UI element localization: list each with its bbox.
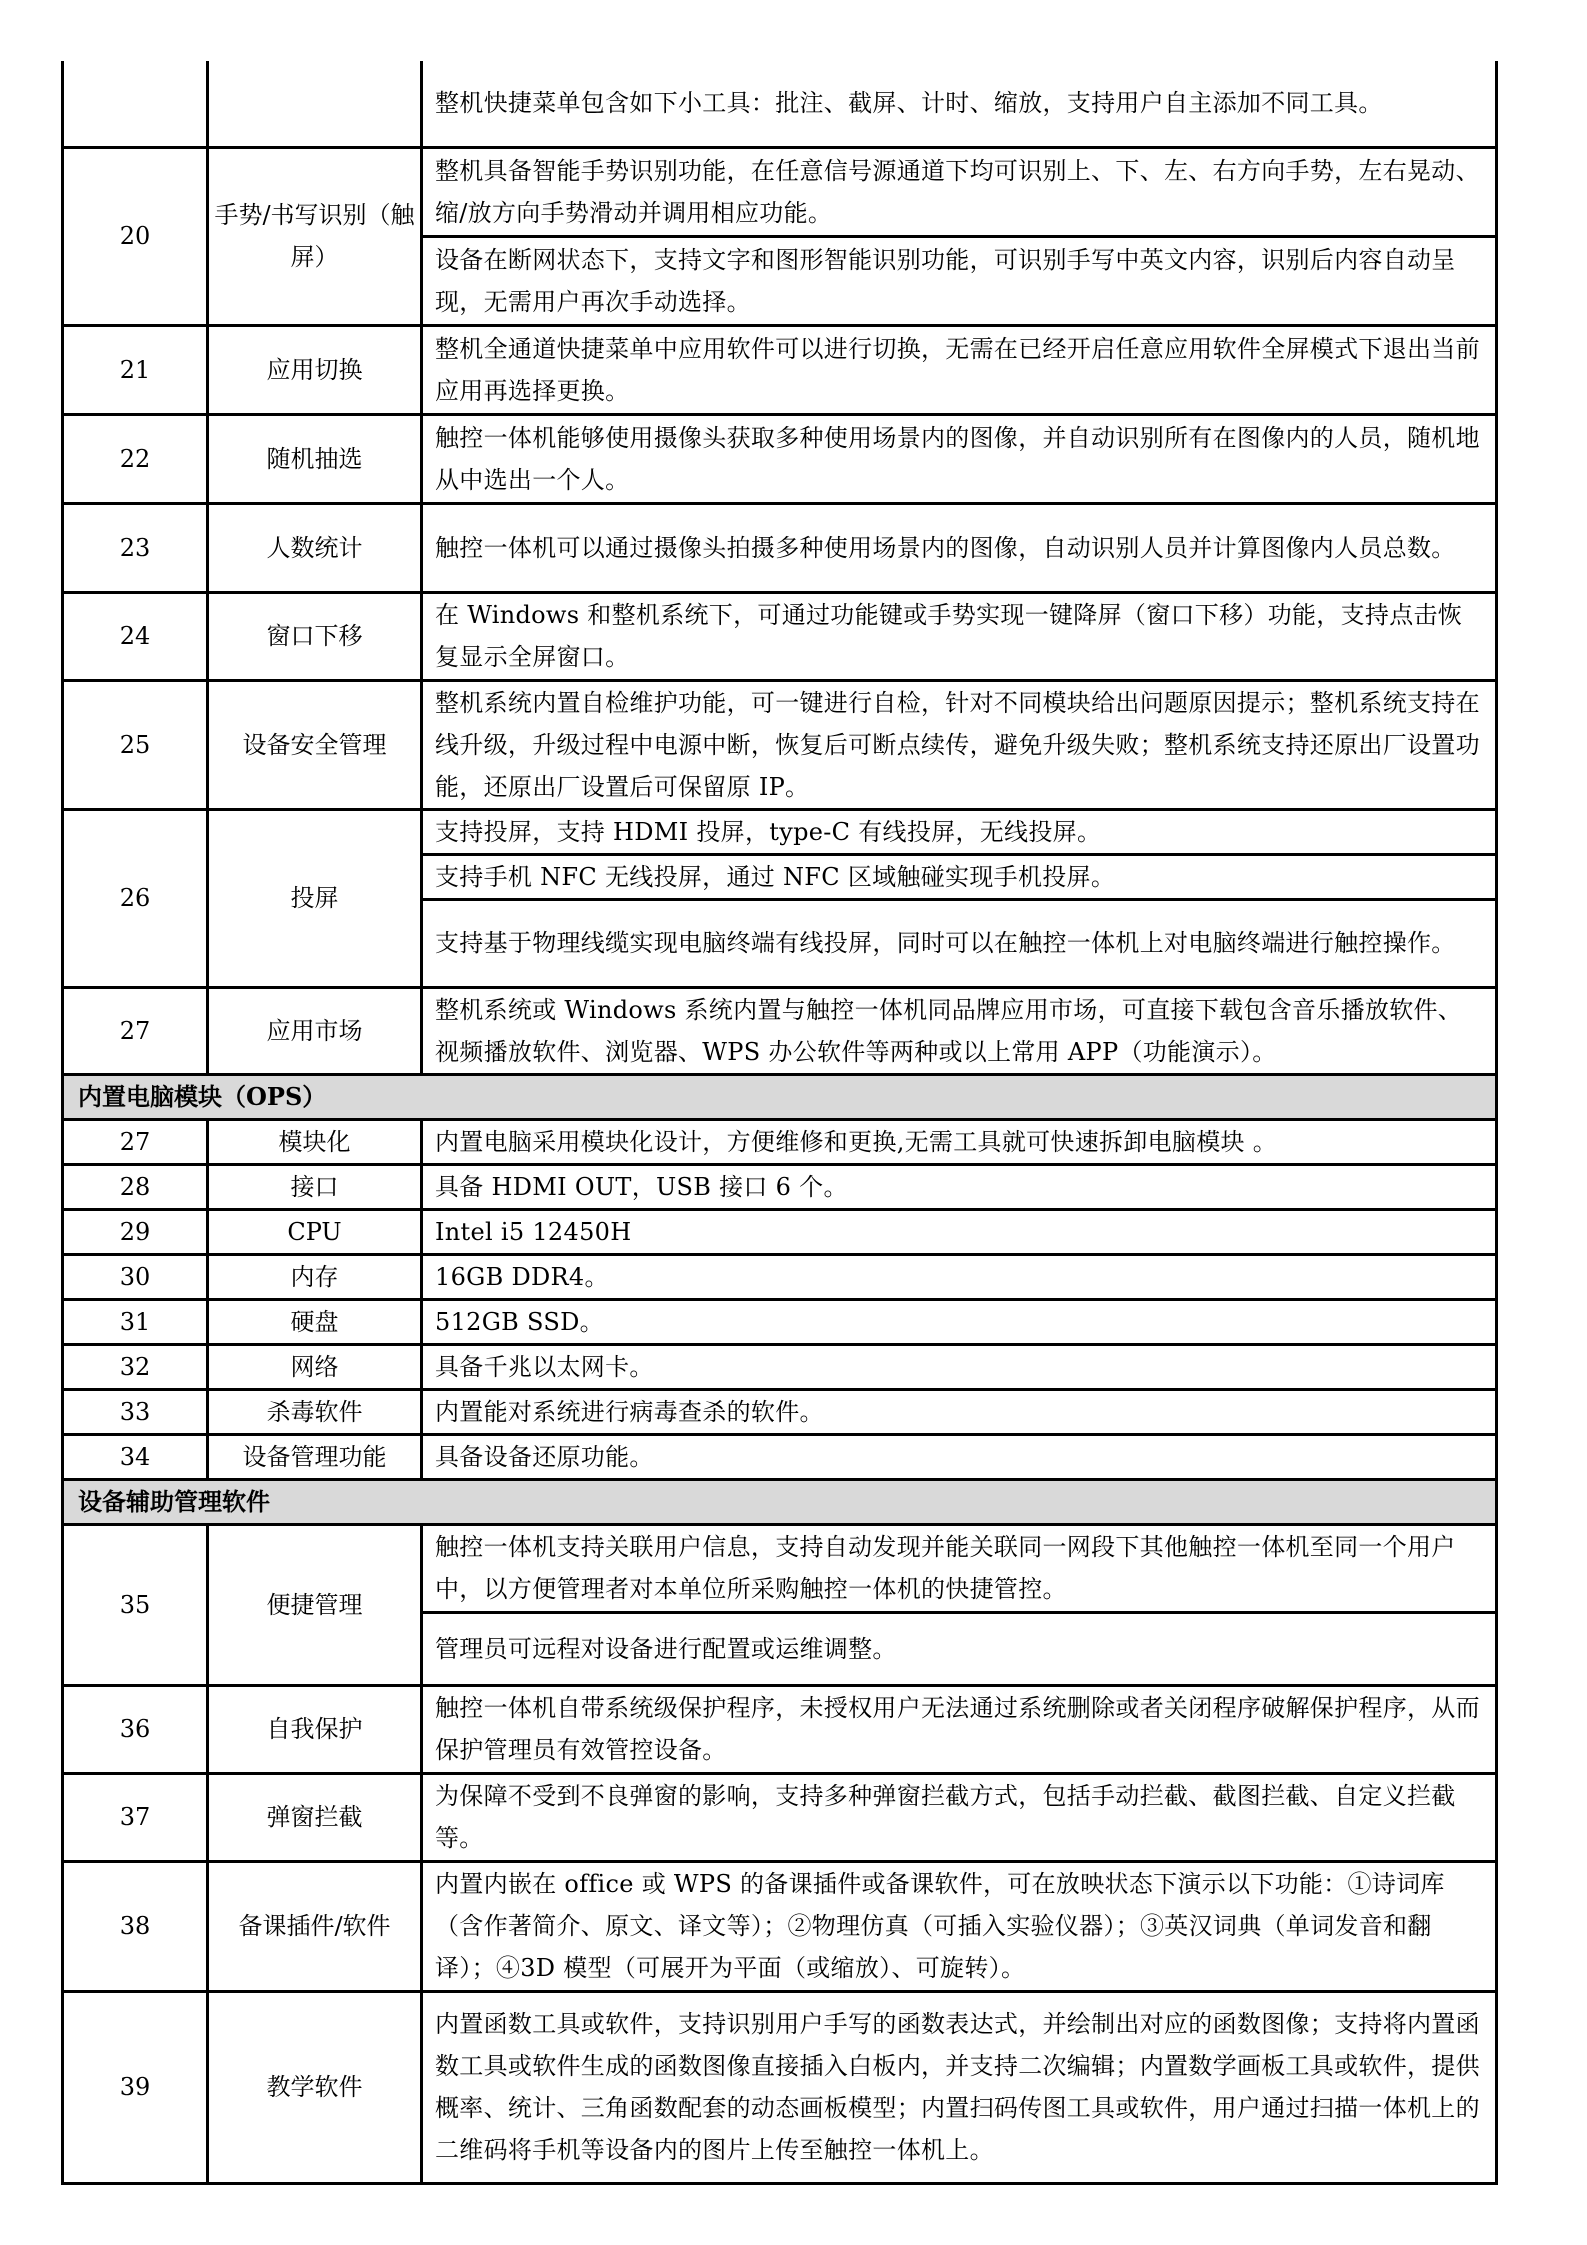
section-header-management: 设备辅助管理软件 xyxy=(63,1479,1497,1524)
row-description: 整机快捷菜单包含如下小工具：批注、截屏、计时、缩放，支持用户自主添加不同工具。 xyxy=(422,61,1497,147)
row-name: 内存 xyxy=(208,1254,422,1299)
table-row: 25 设备安全管理 整机系统内置自检维护功能，可一键进行自检，针对不同模块给出问… xyxy=(63,680,1497,809)
row-name: 弹窗拦截 xyxy=(208,1773,422,1861)
table-row: 29 CPU Intel i5 12450H xyxy=(63,1209,1497,1254)
row-description: 整机系统或 Windows 系统内置与触控一体机同品牌应用市场，可直接下载包含音… xyxy=(422,987,1497,1074)
table-row: 24 窗口下移 在 Windows 和整机系统下，可通过功能键或手势实现一键降屏… xyxy=(63,592,1497,680)
row-number: 38 xyxy=(63,1861,208,1991)
row-name: 应用切换 xyxy=(208,325,422,414)
row-name: 设备安全管理 xyxy=(208,680,422,809)
row-name: 教学软件 xyxy=(208,1991,422,2183)
row-name: 投屏 xyxy=(208,809,422,987)
row-description: Intel i5 12450H xyxy=(422,1209,1497,1254)
row-description: 内置电脑采用模块化设计，方便维修和更换,无需工具就可快速拆卸电脑模块 。 xyxy=(422,1119,1497,1164)
row-number: 39 xyxy=(63,1991,208,2183)
row-description: 具备千兆以太网卡。 xyxy=(422,1344,1497,1389)
table-row: 23 人数统计 触控一体机可以通过摄像头拍摄多种使用场景内的图像，自动识别人员并… xyxy=(63,503,1497,592)
row-number xyxy=(63,61,208,147)
table-row: 39 教学软件 内置函数工具或软件，支持识别用户手写的函数表达式，并绘制出对应的… xyxy=(63,1991,1497,2183)
row-name: CPU xyxy=(208,1209,422,1254)
row-description: 触控一体机支持关联用户信息，支持自动发现并能关联同一网段下其他触控一体机至同一个… xyxy=(422,1524,1497,1612)
row-description: 为保障不受到不良弹窗的影响，支持多种弹窗拦截方式，包括手动拦截、截图拦截、自定义… xyxy=(422,1773,1497,1861)
row-description: 内置能对系统进行病毒查杀的软件。 xyxy=(422,1389,1497,1434)
table-row: 36 自我保护 触控一体机自带系统级保护程序，未授权用户无法通过系统删除或者关闭… xyxy=(63,1685,1497,1773)
row-description: 具备设备还原功能。 xyxy=(422,1434,1497,1479)
row-number: 24 xyxy=(63,592,208,680)
row-description: 支持投屏，支持 HDMI 投屏，type-C 有线投屏，无线投屏。 xyxy=(422,809,1497,854)
row-number: 37 xyxy=(63,1773,208,1861)
row-description: 支持手机 NFC 无线投屏，通过 NFC 区域触碰实现手机投屏。 xyxy=(422,854,1497,899)
row-number: 27 xyxy=(63,1119,208,1164)
row-number: 30 xyxy=(63,1254,208,1299)
table-row: 27 模块化 内置电脑采用模块化设计，方便维修和更换,无需工具就可快速拆卸电脑模… xyxy=(63,1119,1497,1164)
row-number: 35 xyxy=(63,1524,208,1685)
row-name: 窗口下移 xyxy=(208,592,422,680)
row-description: 内置函数工具或软件，支持识别用户手写的函数表达式，并绘制出对应的函数图像；支持将… xyxy=(422,1991,1497,2183)
row-name: 模块化 xyxy=(208,1119,422,1164)
row-description: 触控一体机能够使用摄像头获取多种使用场景内的图像，并自动识别所有在图像内的人员，… xyxy=(422,414,1497,503)
row-description: 触控一体机可以通过摄像头拍摄多种使用场景内的图像，自动识别人员并计算图像内人员总… xyxy=(422,503,1497,592)
row-name: 设备管理功能 xyxy=(208,1434,422,1479)
row-description: 设备在断网状态下，支持文字和图形智能识别功能，可识别手写中英文内容，识别后内容自… xyxy=(422,236,1497,325)
table-row: 整机快捷菜单包含如下小工具：批注、截屏、计时、缩放，支持用户自主添加不同工具。 xyxy=(63,61,1497,147)
table-row: 21 应用切换 整机全通道快捷菜单中应用软件可以进行切换，无需在已经开启任意应用… xyxy=(63,325,1497,414)
table-row: 26 投屏 支持投屏，支持 HDMI 投屏，type-C 有线投屏，无线投屏。 xyxy=(63,809,1497,854)
row-number: 33 xyxy=(63,1389,208,1434)
table-row: 33 杀毒软件 内置能对系统进行病毒查杀的软件。 xyxy=(63,1389,1497,1434)
row-description: 支持基于物理线缆实现电脑终端有线投屏，同时可以在触控一体机上对电脑终端进行触控操… xyxy=(422,899,1497,987)
row-description: 整机全通道快捷菜单中应用软件可以进行切换，无需在已经开启任意应用软件全屏模式下退… xyxy=(422,325,1497,414)
row-number: 36 xyxy=(63,1685,208,1773)
table-row: 27 应用市场 整机系统或 Windows 系统内置与触控一体机同品牌应用市场，… xyxy=(63,987,1497,1074)
row-name: 应用市场 xyxy=(208,987,422,1074)
section-header-ops: 内置电脑模块（OPS） xyxy=(63,1074,1497,1119)
row-number: 31 xyxy=(63,1299,208,1344)
table-row: 37 弹窗拦截 为保障不受到不良弹窗的影响，支持多种弹窗拦截方式，包括手动拦截、… xyxy=(63,1773,1497,1861)
row-number: 28 xyxy=(63,1164,208,1209)
table-row: 34 设备管理功能 具备设备还原功能。 xyxy=(63,1434,1497,1479)
row-name: 网络 xyxy=(208,1344,422,1389)
row-name: 自我保护 xyxy=(208,1685,422,1773)
row-description: 整机系统内置自检维护功能，可一键进行自检，针对不同模块给出问题原因提示；整机系统… xyxy=(422,680,1497,809)
row-description: 具备 HDMI OUT，USB 接口 6 个。 xyxy=(422,1164,1497,1209)
table-row: 20 手势/书写识别（触屏） 整机具备智能手势识别功能，在任意信号源通道下均可识… xyxy=(63,147,1497,236)
table-row: 30 内存 16GB DDR4。 xyxy=(63,1254,1497,1299)
row-number: 29 xyxy=(63,1209,208,1254)
row-name: 杀毒软件 xyxy=(208,1389,422,1434)
row-name xyxy=(208,61,422,147)
row-number: 23 xyxy=(63,503,208,592)
row-name: 随机抽选 xyxy=(208,414,422,503)
row-number: 22 xyxy=(63,414,208,503)
row-description: 管理员可远程对设备进行配置或运维调整。 xyxy=(422,1612,1497,1685)
table-row: 35 便捷管理 触控一体机支持关联用户信息，支持自动发现并能关联同一网段下其他触… xyxy=(63,1524,1497,1612)
row-name: 手势/书写识别（触屏） xyxy=(208,147,422,325)
row-number: 34 xyxy=(63,1434,208,1479)
table-row: 38 备课插件/软件 内置内嵌在 office 或 WPS 的备课插件或备课软件… xyxy=(63,1861,1497,1991)
row-number: 20 xyxy=(63,147,208,325)
spec-table: 整机快捷菜单包含如下小工具：批注、截屏、计时、缩放，支持用户自主添加不同工具。 … xyxy=(61,61,1498,2185)
row-number: 25 xyxy=(63,680,208,809)
table-row: 22 随机抽选 触控一体机能够使用摄像头获取多种使用场景内的图像，并自动识别所有… xyxy=(63,414,1497,503)
row-number: 32 xyxy=(63,1344,208,1389)
section-header-row: 内置电脑模块（OPS） xyxy=(63,1074,1497,1119)
row-description: 内置内嵌在 office 或 WPS 的备课插件或备课软件，可在放映状态下演示以… xyxy=(422,1861,1497,1991)
row-name: 硬盘 xyxy=(208,1299,422,1344)
row-number: 21 xyxy=(63,325,208,414)
row-name: 人数统计 xyxy=(208,503,422,592)
table-row: 31 硬盘 512GB SSD。 xyxy=(63,1299,1497,1344)
row-name: 备课插件/软件 xyxy=(208,1861,422,1991)
row-name: 接口 xyxy=(208,1164,422,1209)
row-description: 在 Windows 和整机系统下，可通过功能键或手势实现一键降屏（窗口下移）功能… xyxy=(422,592,1497,680)
row-description: 触控一体机自带系统级保护程序，未授权用户无法通过系统删除或者关闭程序破解保护程序… xyxy=(422,1685,1497,1773)
row-description: 整机具备智能手势识别功能，在任意信号源通道下均可识别上、下、左、右方向手势，左右… xyxy=(422,147,1497,236)
section-header-row: 设备辅助管理软件 xyxy=(63,1479,1497,1524)
row-number: 27 xyxy=(63,987,208,1074)
table-row: 28 接口 具备 HDMI OUT，USB 接口 6 个。 xyxy=(63,1164,1497,1209)
table-row: 32 网络 具备千兆以太网卡。 xyxy=(63,1344,1497,1389)
row-name: 便捷管理 xyxy=(208,1524,422,1685)
row-description: 16GB DDR4。 xyxy=(422,1254,1497,1299)
row-number: 26 xyxy=(63,809,208,987)
row-description: 512GB SSD。 xyxy=(422,1299,1497,1344)
